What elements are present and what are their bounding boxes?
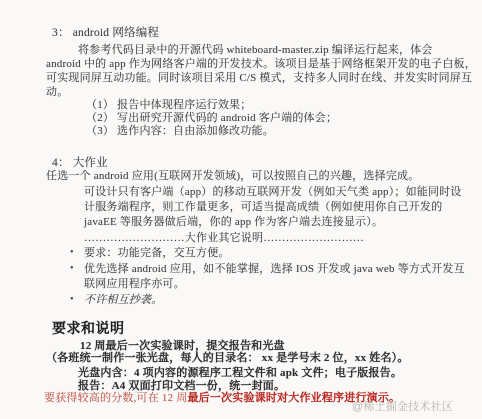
section-3-paragraph-line: 将参考代码目录中的开源代码 whiteboard-master.zip 编译运行… — [78, 44, 433, 56]
document-page: 3： android 网络编程 将参考代码目录中的开源代码 whiteboard… — [0, 0, 482, 419]
watermark: @稀土掘金技术社区 — [352, 401, 453, 413]
section-3-paragraph-line: android 中的 app 作为网络客户端的开发技术。该项目是基于网络框架开发… — [46, 58, 476, 70]
section-3-list-item: （1） 报告中体现程序运行效果； — [86, 99, 251, 111]
requirement-line: 光盘内含：4 项内容的源程序工程文件和 apk 文件；电子版报告。 — [78, 367, 402, 379]
red-note-regular: 要获得较高的分数,可在 12 周 — [44, 392, 187, 404]
requirement-line: 报告：A4 双面打印文档一份，统一封面。 — [78, 380, 285, 392]
bullet-item: 要求：功能完备，交互方便。 — [84, 247, 230, 259]
requirements-heading: 要求和说明 — [52, 322, 125, 334]
bullet-item-continuation: 联网应用程序亦可。 — [84, 278, 185, 290]
bullet-item: 不许相互抄袭。 — [84, 294, 162, 306]
section-3-list-item: （3） 选作内容：自由添加修改功能。 — [86, 125, 274, 137]
bullet-item: 优先选择 android 应用，如不能掌握，选择 IOS 开发或 java we… — [84, 263, 465, 275]
section-4-heading: 4： 大作业 — [52, 157, 108, 169]
red-note: 要获得较高的分数,可在 12 周最后一次实验课时对大作业程序进行演示。 — [44, 392, 400, 404]
section-3-paragraph-line: 动。 — [46, 86, 68, 98]
separator-line: ………………………大作业其它说明……………………… — [84, 232, 364, 244]
section-4-detail-line: 可设计只有客户端（app）的移动互联网开发（例如天气类 app）；如能同时设 — [84, 186, 462, 198]
section-4-intro: 任选一个 android 应用(互联网开发领域)，可以按照自己的兴趣，选择完成。 — [46, 170, 419, 182]
section-4-detail-line: 计服务端程序，则工作量更多，可适当提高成绩（例如使用你自己开发的 — [84, 201, 442, 213]
section-3-list-item: （2） 写出研究开源代码的 android 客户端的体会； — [86, 112, 337, 124]
requirement-line: 12 周最后一次实验课时，提交报告和光盘 — [80, 340, 285, 352]
section-3-paragraph-line: 可实现同屏互动功能。同时该项目采用 C/S 模式，支持多人同时在线、并发实时同屏… — [46, 72, 472, 84]
section-3-heading: 3： android 网络编程 — [52, 27, 159, 39]
section-4-detail-line: javaEE 等服务器做后端，你的 app 作为客户端去连接显示）。 — [84, 216, 383, 228]
requirement-line: （各班统一制作一张光盘，每人的目录名： xx 是学号末 2 位，xx 姓名）。 — [46, 352, 409, 364]
